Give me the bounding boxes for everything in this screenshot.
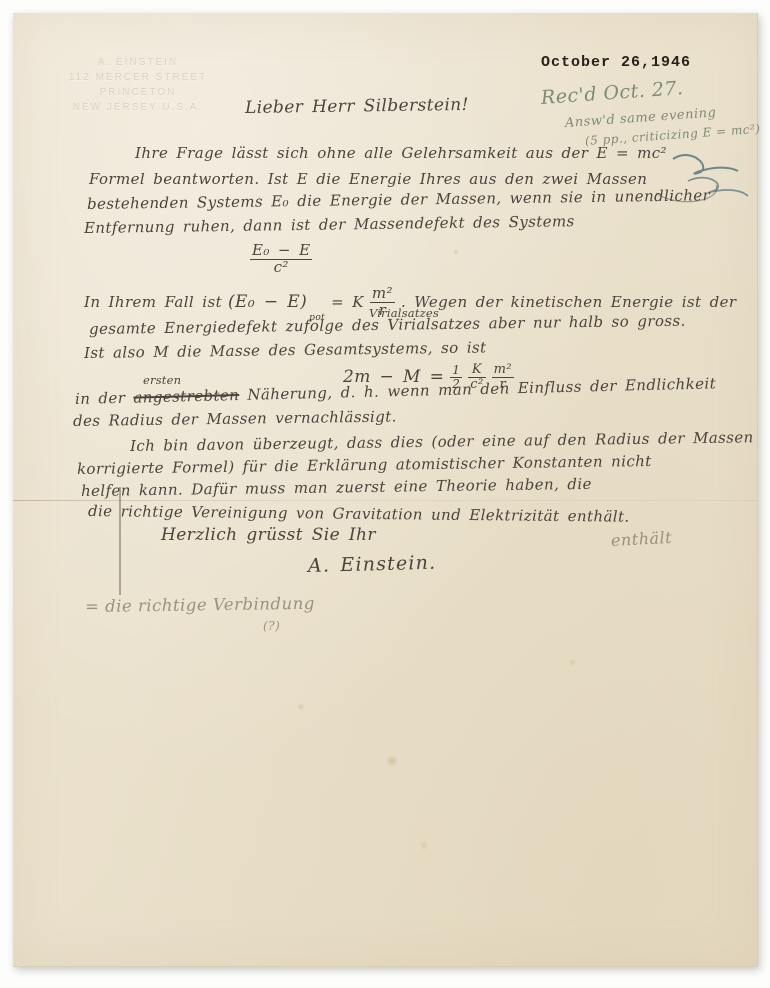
struck-word: angestrebten [133,386,239,407]
body-line-13: die richtige Vereinigung von Gravitation… [88,502,630,526]
pencil-note-enthalt: enthält [611,528,673,550]
embossed-letterhead: A. EINSTEIN 112 MERCER STREET PRINCETON … [53,55,223,115]
pencil-note-bottom-query: (?) [263,619,280,633]
closing: Herzlich grüsst Sie Ihr [161,525,376,545]
letterhead-name: A. EINSTEIN [53,55,223,70]
fraction-numerator: m² [492,363,514,377]
insertion-ersten: ersten [143,373,181,387]
fraction-denominator: c² [250,259,312,276]
math-equals: = K [331,293,364,311]
pencil-note-bottom: = die richtige Verbindung [85,594,315,616]
stain-spot [297,703,305,711]
letterhead-state: NEW JERSEY U.S.A. [53,100,223,115]
letter-page: A. EINSTEIN 112 MERCER STREET PRINCETON … [13,13,758,967]
salutation: Lieber Herr Silberstein! [245,95,469,118]
stain-spot [385,755,399,767]
stain-spot [453,249,459,255]
fraction: E₀ − E c² [250,243,312,276]
letterhead-city: PRINCETON [53,85,223,100]
body-line-10: Ich bin davon überzeugt, dass dies (oder… [130,428,754,455]
pencil-note-received: Rec'd Oct. 27. [540,77,684,109]
body-line-3: bestehenden Systems E₀ die Energie der M… [87,186,710,213]
math-lhs: (E₀ − E) [228,292,307,312]
scan-background: A. EINSTEIN 112 MERCER STREET PRINCETON … [0,0,770,988]
body-line-4: Entfernung ruhen, dann ist der Massendef… [84,212,575,237]
typed-date: October 26,1946 [541,54,691,71]
body-line-12: helfen kann. Dafür muss man zuerst eine … [81,475,592,500]
fraction-numerator: E₀ − E [250,243,312,259]
body-line-9: des Radius der Massen vernachlässigt. [73,407,397,430]
body-line-2: Formel beantworten. Ist E die Energie Ih… [89,170,647,188]
pencil-vertical-line [119,487,121,595]
fold-crease [13,500,757,501]
stain-spot [569,659,576,666]
letterhead-street: 112 MERCER STREET [53,70,223,85]
fraction-numerator: 1 [450,364,462,377]
stain-spot [419,841,429,850]
fraction-numerator: m² [370,286,395,302]
body-line-11: korrigierte Formel) für die Erklärung at… [77,452,652,478]
math-post-text: . Wegen der kinetischen Energie ist der [401,293,737,311]
math-pre-text: In Ihrem Fall ist [84,293,222,311]
body-line-1: Ihre Frage lässt sich ohne alle Gelehrsa… [135,144,667,162]
line-8-pre: in der [75,389,126,408]
signature: A. Einstein. [308,552,437,577]
body-line-7: Ist also M die Masse des Gesamtsystems, … [84,338,487,362]
equation-mass-defect: E₀ − E c² [250,243,312,276]
fraction-numerator: K [468,363,485,377]
